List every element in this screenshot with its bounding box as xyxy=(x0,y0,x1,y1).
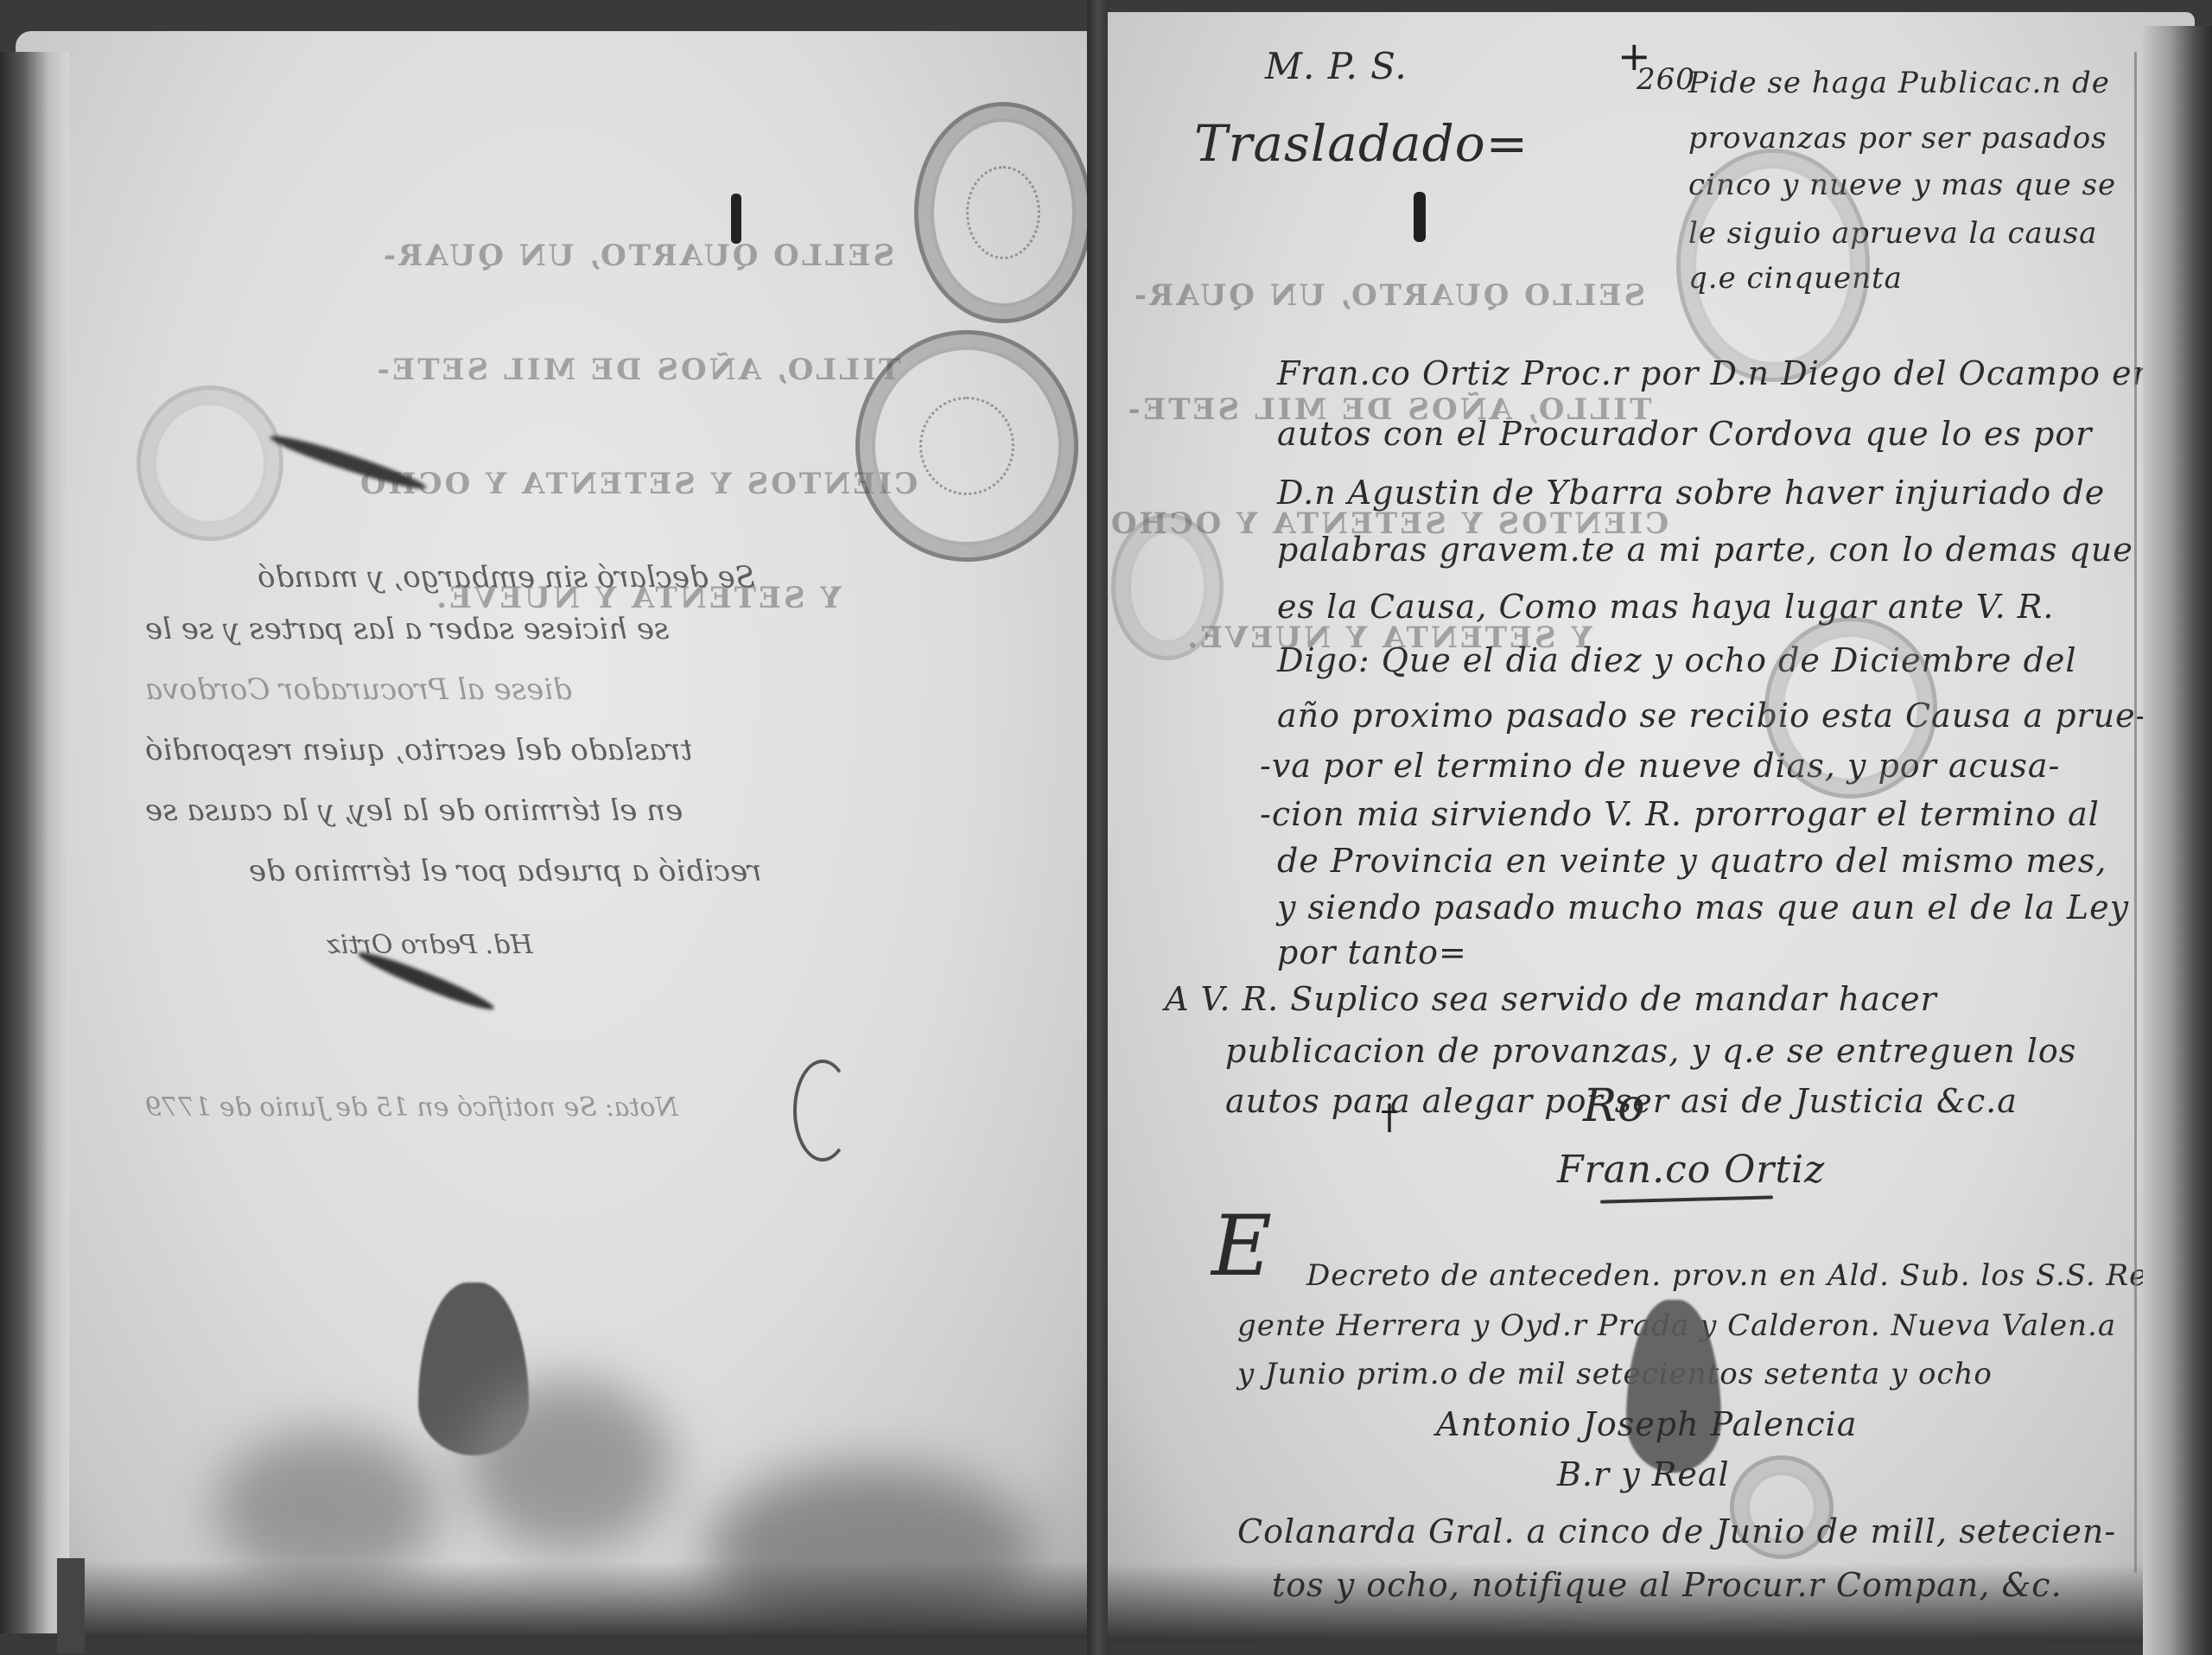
header-initials: M. P. S. xyxy=(1265,45,1408,87)
heading-trasladado: Trasladado= xyxy=(1194,114,1529,173)
seal-upper xyxy=(914,102,1089,323)
bleed-through-line: se hiciese saber a las partes y se le xyxy=(145,612,669,646)
signature-underline xyxy=(1600,1195,1773,1203)
stamp-line: SELLO QUARTO, UN QUAR- xyxy=(1108,277,1669,315)
body-line: por tanto= xyxy=(1277,933,1467,971)
stamp-line: SELLO QUARTO, UN QUAR- xyxy=(327,237,949,275)
notification-line: Colanarda Gral. a cinco de Junio de mill… xyxy=(1237,1512,2116,1550)
notary-line: B.r y Real xyxy=(1557,1455,1730,1493)
decree-line: y Junio prim.o de mil setecientos setent… xyxy=(1237,1357,1993,1391)
bleed-lower-note: Nota: Se notificó en 15 de Junio de 1779 xyxy=(145,1092,678,1123)
margin-note-line: Pide se haga Publicac.n de xyxy=(1688,66,2110,100)
body-line: de Provincia en veinte y quatro del mism… xyxy=(1277,842,2107,880)
bookmark-tab xyxy=(57,1558,85,1653)
seal-behind-note xyxy=(1676,149,1870,382)
folio-number: 260 xyxy=(1637,62,1695,97)
seal-faint-margin xyxy=(1111,513,1224,660)
ink-mark-icon: † xyxy=(1381,1098,1398,1137)
seal-faint xyxy=(137,385,283,541)
decree-line: Decreto de anteceden. prov.n en Ald. Sub… xyxy=(1306,1258,2158,1293)
body-line: Fran.co Ortiz Proc.r por D.n Diego del O… xyxy=(1277,354,2195,392)
page-bottom-shadow xyxy=(16,1561,1089,1639)
bleed-signature: Hd. Pedro Ortiz xyxy=(327,930,533,960)
stamp-line: TILLO, AÑOS DE MIL SETE- xyxy=(327,351,949,389)
body-line: autos con el Procurador Cordova que lo e… xyxy=(1277,415,2092,453)
decree-initial: E xyxy=(1211,1198,1273,1295)
signature: Fran.co Ortiz xyxy=(1557,1148,1825,1192)
signature-initials: Ro xyxy=(1583,1080,1645,1132)
body-line: año proximo pasado se recibio esta Causa… xyxy=(1277,697,2148,735)
scan-background: SELLO QUARTO, UN QUAR- TILLO, AÑOS DE MI… xyxy=(0,0,2212,1655)
left-page-edge xyxy=(0,52,69,1633)
body-line: es la Causa, Como mas haya lugar ante V.… xyxy=(1277,588,2054,626)
bleed-through-line: Se declaró sin embargo, y mandó xyxy=(257,560,755,595)
water-stain xyxy=(465,1379,672,1552)
bleed-through-line: diese al Procurador Cordova xyxy=(145,672,572,707)
margin-note-line: provanzas por ser pasados xyxy=(1688,121,2107,156)
petition-line: publicacion de provanzas, y q.e se entre… xyxy=(1225,1032,2076,1070)
notary-line: Antonio Joseph Palencia xyxy=(1436,1405,1857,1443)
bleed-flourish xyxy=(793,1060,852,1162)
ink-stroke xyxy=(731,194,741,244)
body-line: Digo: Que el dia diez y ocho de Diciembr… xyxy=(1277,641,2077,679)
body-line: -cion mia sirviendo V. R. prorrogar el t… xyxy=(1260,795,2100,833)
seal-behind-body xyxy=(1764,617,1937,799)
book-gutter xyxy=(1087,0,1109,1655)
body-line: -va por el termino de nueve dias, y por … xyxy=(1260,747,2060,785)
right-page-edge xyxy=(2143,26,2212,1655)
bleed-through-line: en el término de la ley, y la causa se xyxy=(145,793,683,828)
page-margin-rule xyxy=(2134,52,2137,1573)
body-line: palabras gravem.te a mi parte, con lo de… xyxy=(1277,531,2133,569)
page-bottom-shadow xyxy=(1108,1563,2195,1641)
bleed-through-line: recibió a prueba por el término de xyxy=(249,854,761,888)
body-line: y siendo pasado mucho mas que aun el de … xyxy=(1277,888,2129,926)
body-line: D.n Agustin de Ybarra sobre haver injuri… xyxy=(1277,474,2105,512)
seal-lower xyxy=(855,330,1078,562)
right-page: M. P. S. + 260 Trasladado= Pide se haga … xyxy=(1108,12,2195,1641)
bleed-through-line: traslado del escrito, quien respondió xyxy=(145,733,692,767)
petition-line: A V. R. Suplico sea servido de mandar ha… xyxy=(1165,980,1937,1018)
left-page: SELLO QUARTO, UN QUAR- TILLO, AÑOS DE MI… xyxy=(16,31,1089,1639)
